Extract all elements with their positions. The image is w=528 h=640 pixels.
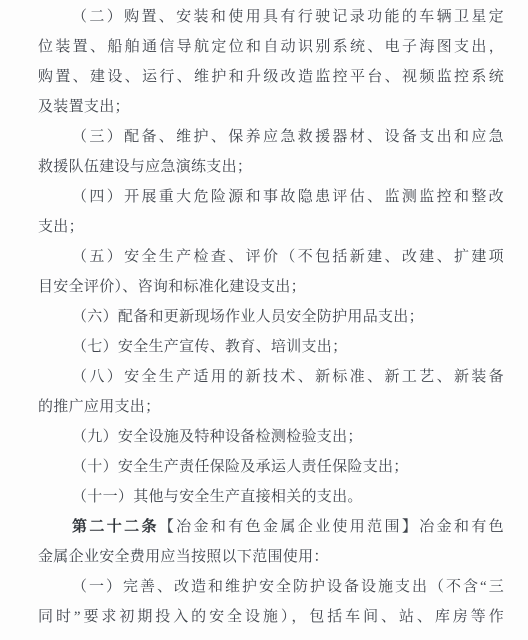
text-line: 救援队伍建设与应急演练支出； (38, 152, 504, 182)
text-line: 位装置、船舶通信导航定位和自动识别系统、电子海图支出， (38, 32, 504, 62)
text-segment: （二）购置、安装和使用具有行驶记录功能的车辆卫星定 (72, 9, 504, 25)
text-line: （九）安全设施及特种设备检测检验支出； (38, 422, 504, 452)
text-segment: 金属企业安全费用应当按照以下范围使用： (38, 549, 329, 565)
text-segment: 目安全评价）、咨询和标准化建设支出； (38, 279, 306, 295)
text-line: （二）购置、安装和使用具有行驶记录功能的车辆卫星定 (38, 2, 504, 32)
text-line: 购置、建设、运行、维护和升级改造监控平台、视频监控系统 (38, 62, 504, 92)
text-line: 支出； (38, 212, 504, 242)
text-line: （五）安全生产检查、评价（不包括新建、改建、扩建项 (38, 242, 504, 272)
text-line: 同时”要求初期投入的安全设施），包括车间、站、库房等作 (38, 602, 504, 632)
text-line: （十）安全生产责任保险及承运人责任保险支出； (38, 452, 504, 482)
text-line: 的推广应用支出； (38, 392, 504, 422)
text-segment: （八）安全生产适用的新技术、新标准、新工艺、新装备 (72, 369, 504, 385)
text-segment: 【冶金和有色金属企业使用范围】冶金和有色 (159, 519, 504, 535)
text-segment: 购置、建设、运行、维护和升级改造监控平台、视频监控系统 (38, 69, 504, 85)
text-segment: （十一）其他与安全生产直接相关的支出。 (72, 489, 363, 505)
text-segment: （三）配备、维护、保养应急救援器材、设备支出和应急 (72, 129, 504, 145)
text-segment: 的推广应用支出； (38, 399, 160, 415)
text-line: （一）完善、改造和维护安全防护设备设施支出（不含“三 (38, 572, 504, 602)
text-segment: （四）开展重大危险源和事故隐患评估、监测监控和整改 (72, 189, 504, 205)
text-segment: （七）安全生产宣传、教育、培训支出； (72, 339, 347, 355)
text-segment: （五）安全生产检查、评价（不包括新建、改建、扩建项 (72, 249, 504, 265)
text-line: （三）配备、维护、保养应急救援器材、设备支出和应急 (38, 122, 504, 152)
article-number-bold: 第二十二条 (72, 519, 159, 535)
text-segment: （十）安全生产责任保险及承运人责任保险支出； (72, 459, 409, 475)
text-line: 及装置支出； (38, 92, 504, 122)
text-line: 目安全评价）、咨询和标准化建设支出； (38, 272, 504, 302)
document-page: （二）购置、安装和使用具有行驶记录功能的车辆卫星定位装置、船舶通信导航定位和自动… (0, 0, 528, 640)
text-segment: 及装置支出； (38, 99, 130, 115)
document-text-block: （二）购置、安装和使用具有行驶记录功能的车辆卫星定位装置、船舶通信导航定位和自动… (38, 2, 504, 632)
text-segment: 救援队伍建设与应急演练支出； (38, 159, 252, 175)
text-segment: （九）安全设施及特种设备检测检验支出； (72, 429, 363, 445)
text-line: （七）安全生产宣传、教育、培训支出； (38, 332, 504, 362)
text-line: （十一）其他与安全生产直接相关的支出。 (38, 482, 504, 512)
text-line: 金属企业安全费用应当按照以下范围使用： (38, 542, 504, 572)
text-line: （六）配备和更新现场作业人员安全防护用品支出； (38, 302, 504, 332)
text-segment: （一）完善、改造和维护安全防护设备设施支出（不含“三 (72, 579, 504, 595)
text-segment: （六）配备和更新现场作业人员安全防护用品支出； (72, 309, 424, 325)
text-segment: 支出； (38, 219, 84, 235)
text-line: （四）开展重大危险源和事故隐患评估、监测监控和整改 (38, 182, 504, 212)
text-segment: 位装置、船舶通信导航定位和自动识别系统、电子海图支出， (38, 39, 504, 55)
text-line: （八）安全生产适用的新技术、新标准、新工艺、新装备 (38, 362, 504, 392)
text-segment: 同时”要求初期投入的安全设施），包括车间、站、库房等作 (38, 609, 504, 625)
text-line: 第二十二条【冶金和有色金属企业使用范围】冶金和有色 (38, 512, 504, 542)
